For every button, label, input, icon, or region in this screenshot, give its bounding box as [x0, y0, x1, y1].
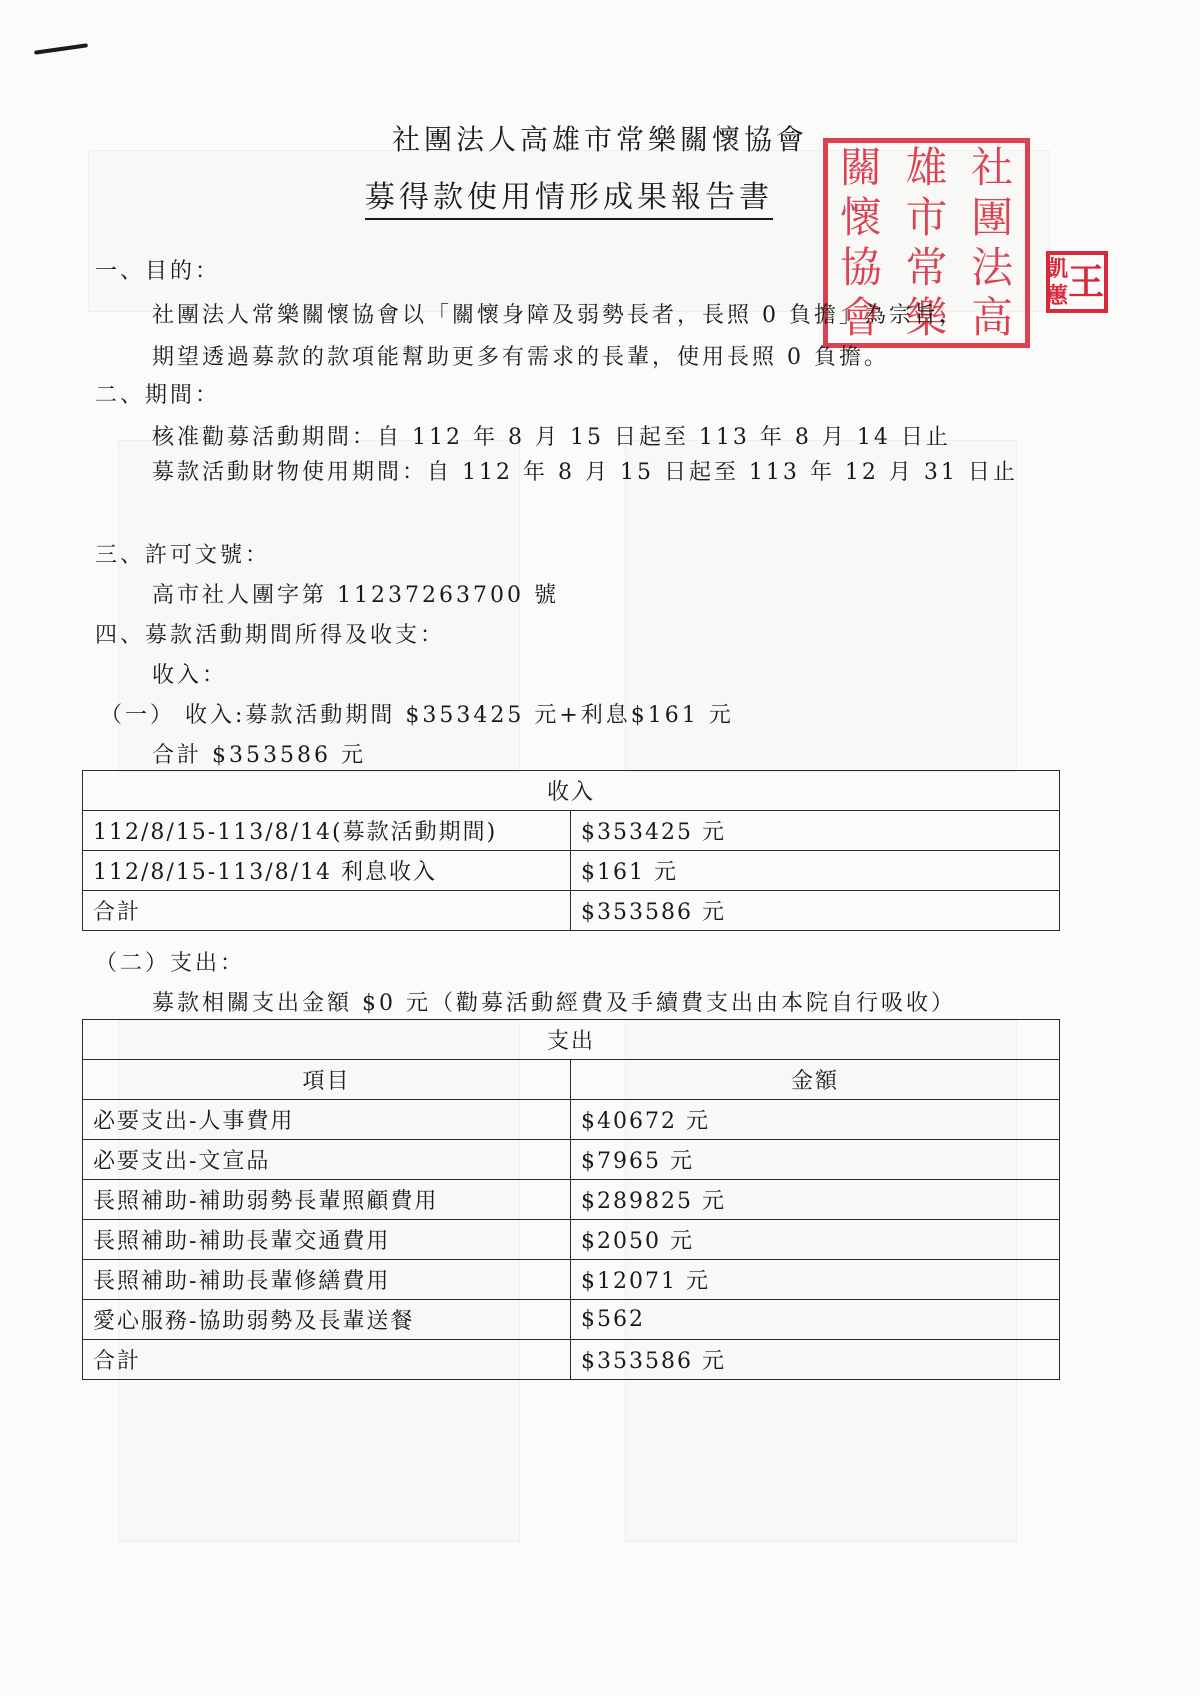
income-amount: $353425 元 [571, 811, 1060, 851]
purpose-line-1: 社團法人常樂關懷協會以「關懷身障及弱勢長者，長照 0 負擔」為宗旨， [152, 298, 964, 329]
document-page: 社團法人高雄市常樂關懷協會 募得款使用情形成果報告書 社團法高雄市常樂關懷協會 … [0, 0, 1200, 1696]
table-row: 112/8/15-113/8/14 利息收入 $161 元 [83, 851, 1060, 891]
expense-amount: $7965 元 [571, 1140, 1060, 1180]
expense-item: 必要支出-人事費用 [83, 1100, 571, 1140]
expense-item: 必要支出-文宣品 [83, 1140, 571, 1180]
expense-table: 支出 項目 金額 必要支出-人事費用 $40672 元 必要支出-文宣品 $79… [82, 1019, 1060, 1380]
table-row: 112/8/15-113/8/14(募款活動期間) $353425 元 [83, 811, 1060, 851]
expense-amount: $40672 元 [571, 1100, 1060, 1140]
seal-char: 常 [894, 247, 960, 289]
column-header-item: 項目 [83, 1060, 571, 1100]
seal-char: 高 [959, 297, 1025, 339]
seal-char: 團 [959, 197, 1025, 239]
expense-total-label: 合計 [83, 1340, 571, 1380]
seal-char: 法 [959, 247, 1025, 289]
finance-heading: 四、募款活動期間所得及收支： [95, 618, 445, 649]
table-row: 長照補助-補助長輩交通費用 $2050 元 [83, 1220, 1060, 1260]
purpose-line-2: 期望透過募款的款項能幫助更多有需求的長輩，使用長照 0 負擔。 [152, 340, 889, 371]
usage-period: 募款活動財物使用期間：自 112 年 8 月 15 日起至 113 年 12 月… [152, 455, 1018, 486]
seal-char: 雄 [894, 147, 960, 189]
expense-item: 愛心服務-協助弱勢及長輩送餐 [83, 1300, 571, 1340]
income-table-title: 收入 [83, 771, 1060, 811]
pen-mark [34, 43, 88, 54]
expense-table-title: 支出 [83, 1020, 1060, 1060]
table-header-row: 項目 金額 [83, 1060, 1060, 1100]
income-table: 收入 112/8/15-113/8/14(募款活動期間) $353425 元 1… [82, 770, 1060, 931]
expense-heading: （二）支出： [95, 946, 245, 977]
table-row: 長照補助-補助弱勢長輩照顧費用 $289825 元 [83, 1180, 1060, 1220]
period-heading: 二、期間： [95, 378, 220, 409]
column-header-amount: 金額 [571, 1060, 1060, 1100]
expense-amount: $2050 元 [571, 1220, 1060, 1260]
seal-char: 關 [828, 147, 894, 189]
expense-item: 長照補助-補助弱勢長輩照顧費用 [83, 1180, 571, 1220]
permit-number: 高市社人團字第 11237263700 號 [152, 578, 559, 609]
seal-char: 懷 [828, 197, 894, 239]
table-header-row: 收入 [83, 771, 1060, 811]
permit-heading: 三、許可文號： [95, 538, 270, 569]
report-title: 募得款使用情形成果報告書 [365, 172, 773, 220]
expense-amount: $562 [571, 1300, 1060, 1340]
table-row: 愛心服務-協助弱勢及長輩送餐 $562 [83, 1300, 1060, 1340]
seal-char: 社 [959, 147, 1025, 189]
income-total-amount: $353586 元 [571, 891, 1060, 931]
seal-char: 協 [828, 247, 894, 289]
seal-char: 市 [894, 197, 960, 239]
income-total-label: 合計 [83, 891, 571, 931]
income-total: 合計 $353586 元 [152, 738, 366, 769]
table-title-row: 支出 [83, 1020, 1060, 1060]
income-item: 112/8/15-113/8/14 利息收入 [83, 851, 571, 891]
table-row: 必要支出-人事費用 $40672 元 [83, 1100, 1060, 1140]
table-row-total: 合計 $353586 元 [83, 1340, 1060, 1380]
purpose-heading: 一、目的： [95, 254, 220, 285]
income-amount: $161 元 [571, 851, 1060, 891]
expense-item: 長照補助-補助長輩修繕費用 [83, 1260, 571, 1300]
expense-amount: $12071 元 [571, 1260, 1060, 1300]
seal-char: 凱 [1046, 258, 1068, 280]
seal-char: 王 [1068, 264, 1104, 300]
seal-char: 蕙 [1046, 285, 1068, 307]
expense-note: 募款相關支出金額 $0 元（勸募活動經費及手續費支出由本院自行吸收） [152, 986, 956, 1017]
income-summary: （一） 收入:募款活動期間 $353425 元+利息$161 元 [100, 698, 734, 729]
approved-period: 核准勸募活動期間：自 112 年 8 月 15 日起至 113 年 8 月 14… [152, 420, 951, 451]
expense-item: 長照補助-補助長輩交通費用 [83, 1220, 571, 1260]
personal-seal: 王 凱 蕙 [1046, 251, 1108, 313]
income-label: 收入： [152, 658, 227, 689]
expense-amount: $289825 元 [571, 1180, 1060, 1220]
table-row: 長照補助-補助長輩修繕費用 $12071 元 [83, 1260, 1060, 1300]
income-item: 112/8/15-113/8/14(募款活動期間) [83, 811, 571, 851]
expense-total-amount: $353586 元 [571, 1340, 1060, 1380]
table-row-total: 合計 $353586 元 [83, 891, 1060, 931]
table-row: 必要支出-文宣品 $7965 元 [83, 1140, 1060, 1180]
